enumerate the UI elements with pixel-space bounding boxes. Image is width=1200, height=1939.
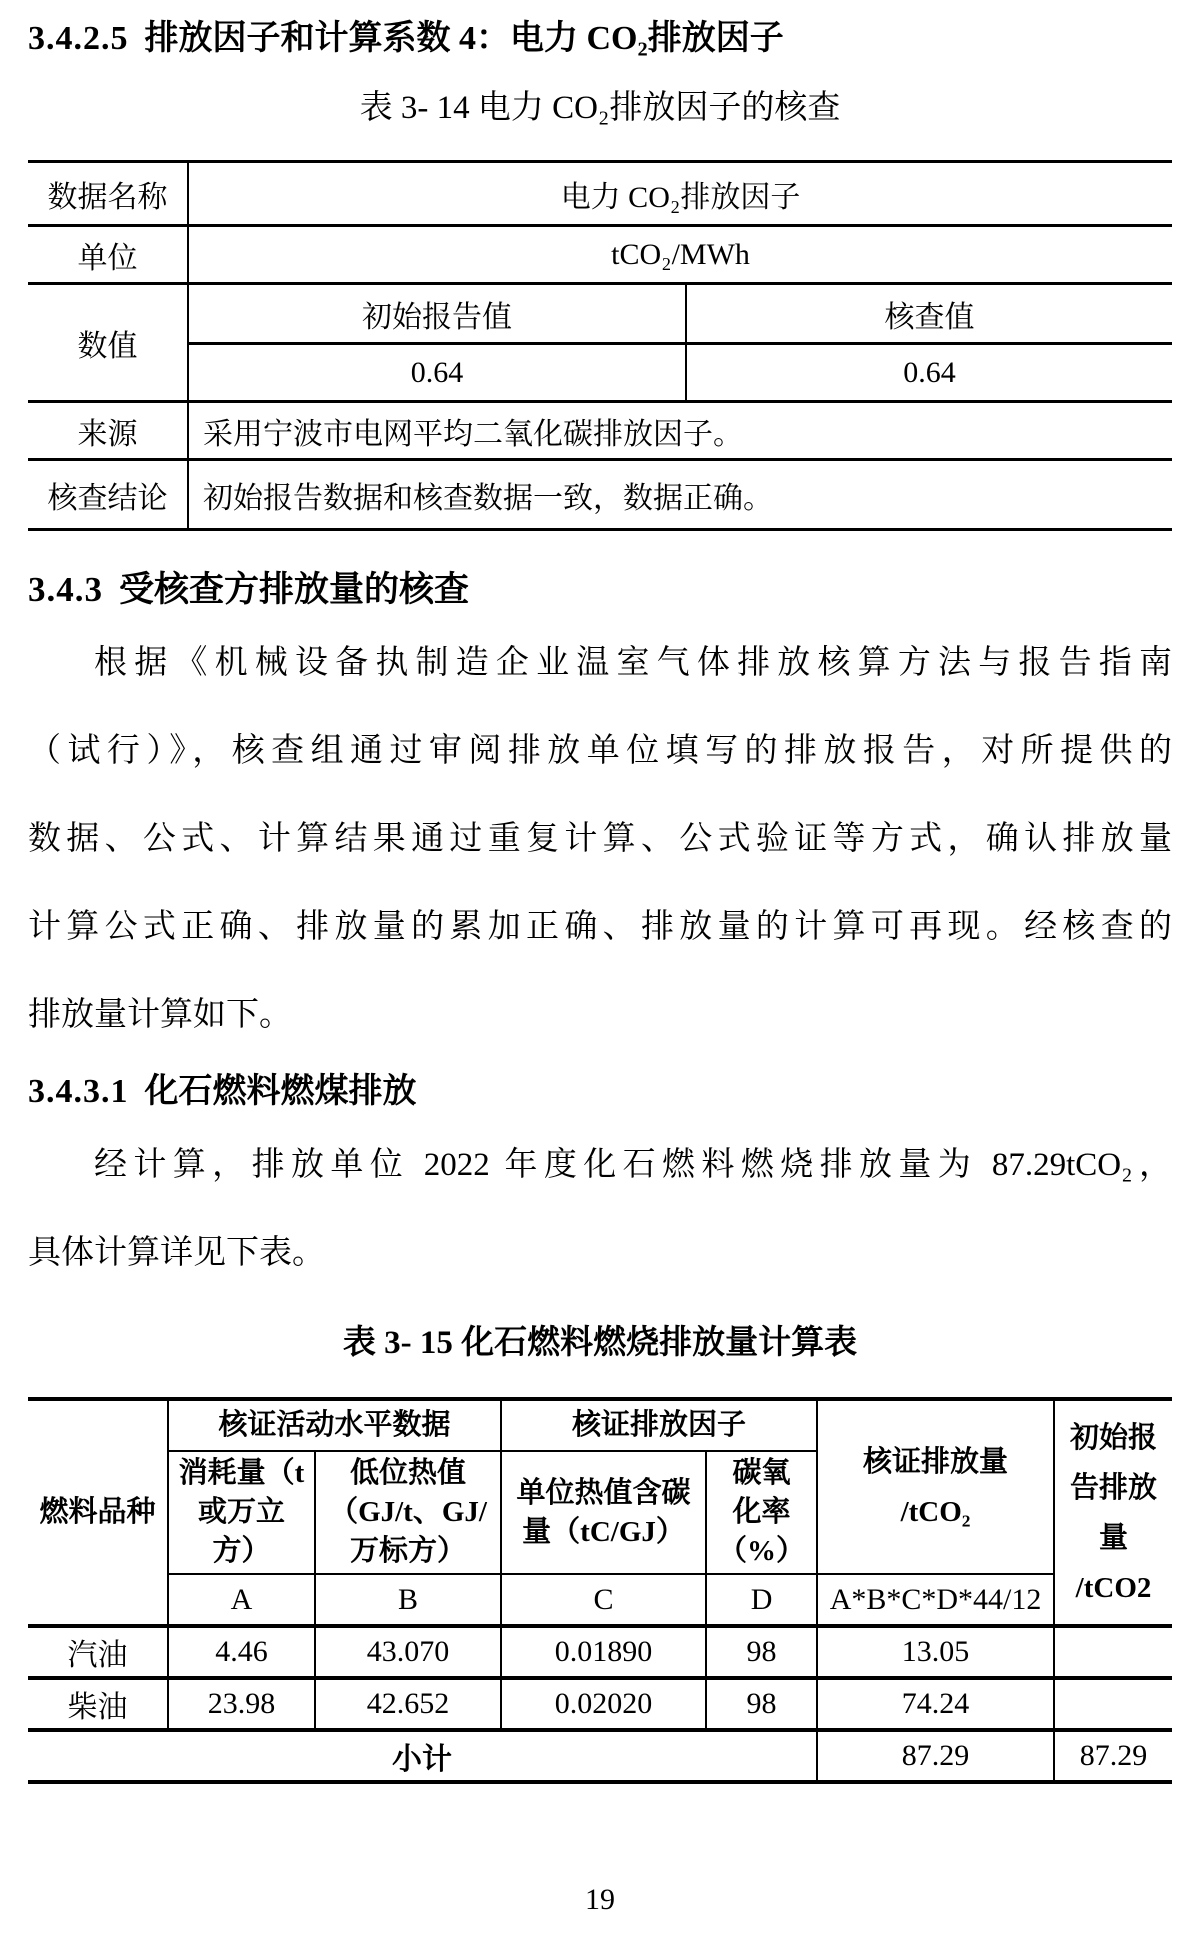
t14-verified-header: 核查值 (686, 284, 1172, 344)
t15-activity-data-group-header: 核证活动水平数据 (168, 1399, 501, 1451)
t15-col-d-label: D (706, 1574, 817, 1626)
t15-oxidation-rate-header: 碳氧 化率 （%） (706, 1451, 817, 1574)
t14-unit-value: tCO₂/MWh (188, 226, 1172, 284)
t15-consumption-header: 消耗量（t 或万立 方） (168, 1451, 315, 1574)
t15-heat-value: 42.652 (315, 1678, 501, 1730)
t15-carbon-content-header: 单位热值含碳 量（tC/GJ） (501, 1451, 706, 1574)
t14-unit-label: 单位 (28, 226, 188, 284)
table-row: 单位 tCO₂/MWh (28, 226, 1172, 284)
t14-source-value: 采用宁波市电网平均二氧化碳排放因子。 (188, 402, 1172, 460)
table-3-15: 燃料品种 核证活动水平数据 核证排放因子 核证排放量 /tCO₂ 初始报 告排放… (28, 1397, 1172, 1784)
t14-initial-value: 0.64 (188, 344, 686, 402)
table-header-row: A B C D A*B*C*D*44/12 (28, 1574, 1172, 1626)
t15-verified-emission-header: 核证排放量 /tCO₂ (817, 1399, 1054, 1574)
page-number: 19 (0, 1883, 1200, 1917)
t15-carbon-content-value: 0.01890 (501, 1626, 706, 1678)
paragraph-line: 排放量计算如下。 (28, 971, 1172, 1059)
t15-consumption-value: 4.46 (168, 1626, 315, 1678)
t15-fuel-name: 柴油 (28, 1678, 168, 1730)
paragraph-calculation-result: 经计算，排放单位 2022 年度化石燃料燃烧排放量为 87.29tCO₂， 具体… (28, 1121, 1172, 1297)
t14-initial-header: 初始报告值 (188, 284, 686, 344)
t15-fuel-type-header: 燃料品种 (28, 1399, 168, 1626)
t15-oxidation-value: 98 (706, 1626, 817, 1678)
t15-verified-emission-value: 13.05 (817, 1626, 1054, 1678)
t14-conclusion-value: 初始报告数据和核查数据一致，数据正确。 (188, 460, 1172, 530)
table-3-15-caption: 表 3- 15 化石燃料燃烧排放量计算表 (28, 1321, 1172, 1365)
section-heading-3-4-3: 3.4.3受核查方排放量的核查 (28, 567, 1172, 613)
t15-initial-emission-value (1054, 1626, 1172, 1678)
table-row-gasoline: 汽油 4.46 43.070 0.01890 98 13.05 (28, 1626, 1172, 1678)
t14-source-label: 来源 (28, 402, 188, 460)
paragraph-line: （试行）》，核查组通过审阅排放单位填写的排放报告，对所提供的 (28, 707, 1172, 795)
t14-conclusion-label: 核查结论 (28, 460, 188, 530)
t14-data-name-value: 电力 CO₂排放因子 (188, 162, 1172, 226)
table-row-subtotal: 小计 87.29 87.29 (28, 1730, 1172, 1782)
t15-initial-emission-value (1054, 1678, 1172, 1730)
t15-heat-value: 43.070 (315, 1626, 501, 1678)
table-3-14-caption: 表 3- 14 电力 CO₂排放因子的核查 (28, 86, 1172, 130)
t15-emission-factor-group-header: 核证排放因子 (501, 1399, 817, 1451)
section-heading-3-4-3-1: 3.4.3.1化石燃料燃煤排放 (28, 1069, 1172, 1115)
section-title-text: 排放因子和计算系数 4：电力 CO₂排放因子 (145, 20, 784, 57)
t15-subtotal-initial: 87.29 (1054, 1730, 1172, 1782)
t15-initial-emission-header: 初始报 告排放 量 /tCO2 (1054, 1399, 1172, 1626)
table-row: 数据名称 电力 CO₂排放因子 (28, 162, 1172, 226)
paragraph-line: 计算公式正确、排放量的累加正确、排放量的计算可再现。经核查的 (28, 883, 1172, 971)
t15-verified-emission-value: 74.24 (817, 1678, 1054, 1730)
table-row: 数值 初始报告值 核查值 (28, 284, 1172, 344)
t15-carbon-content-value: 0.02020 (501, 1678, 706, 1730)
paragraph-verification-method: 根据《机械设备执制造企业温室气体排放核算方法与报告指南 （试行）》，核查组通过审… (28, 619, 1172, 1059)
paragraph-line: 经计算，排放单位 2022 年度化石燃料燃烧排放量为 87.29tCO₂， (28, 1121, 1172, 1209)
t15-col-a-label: A (168, 1574, 315, 1626)
t14-data-name-label: 数据名称 (28, 162, 188, 226)
section-title-text: 化石燃料燃煤排放 (145, 1073, 417, 1110)
t15-formula-label: A*B*C*D*44/12 (817, 1574, 1054, 1626)
document-page: 3.4.2.5排放因子和计算系数 4：电力 CO₂排放因子 表 3- 14 电力… (0, 0, 1200, 1939)
table-header-row: 燃料品种 核证活动水平数据 核证排放因子 核证排放量 /tCO₂ 初始报 告排放… (28, 1399, 1172, 1451)
table-row: 核查结论 初始报告数据和核查数据一致，数据正确。 (28, 460, 1172, 530)
t14-value-label: 数值 (28, 284, 188, 402)
paragraph-line: 数据、公式、计算结果通过重复计算、公式验证等方式，确认排放量 (28, 795, 1172, 883)
t15-subtotal-label: 小计 (28, 1730, 817, 1782)
t15-col-c-label: C (501, 1574, 706, 1626)
section-number: 3.4.2.5 (28, 20, 129, 57)
table-row: 0.64 0.64 (28, 344, 1172, 402)
t15-fuel-name: 汽油 (28, 1626, 168, 1678)
table-row-diesel: 柴油 23.98 42.652 0.02020 98 74.24 (28, 1678, 1172, 1730)
section-heading-3-4-2-5: 3.4.2.5排放因子和计算系数 4：电力 CO₂排放因子 (28, 16, 1172, 62)
t14-verified-value: 0.64 (686, 344, 1172, 402)
t15-consumption-value: 23.98 (168, 1678, 315, 1730)
table-3-14: 数据名称 电力 CO₂排放因子 单位 tCO₂/MWh 数值 初始报告值 核查值… (28, 160, 1172, 531)
t15-heat-value-header: 低位热值 （GJ/t、GJ/ 万标方） (315, 1451, 501, 1574)
paragraph-line: 根据《机械设备执制造企业温室气体排放核算方法与报告指南 (28, 619, 1172, 707)
paragraph-line: 具体计算详见下表。 (28, 1209, 1172, 1297)
t15-subtotal-verified: 87.29 (817, 1730, 1054, 1782)
t15-col-b-label: B (315, 1574, 501, 1626)
t15-oxidation-value: 98 (706, 1678, 817, 1730)
section-number: 3.4.3 (28, 570, 103, 609)
table-row: 来源 采用宁波市电网平均二氧化碳排放因子。 (28, 402, 1172, 460)
section-title-text: 受核查方排放量的核查 (119, 570, 469, 609)
section-number: 3.4.3.1 (28, 1073, 129, 1110)
